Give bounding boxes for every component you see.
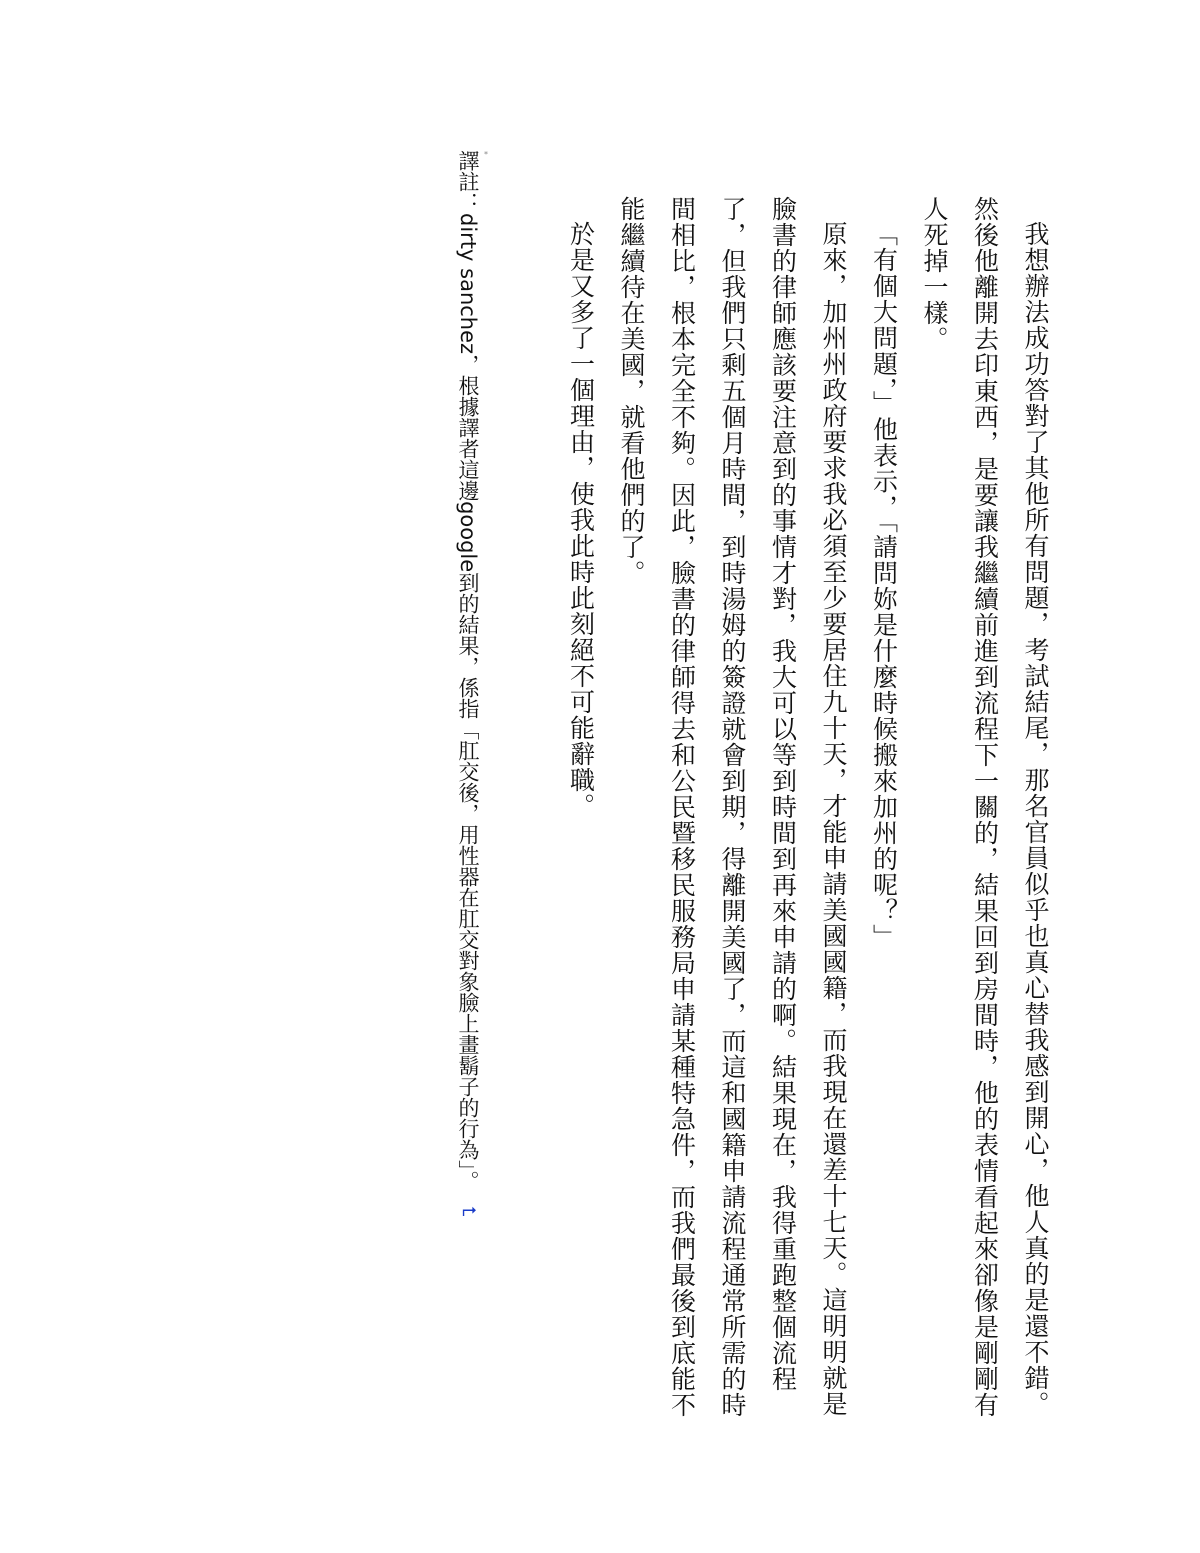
paragraph: 「有個大問題，」他表示，「請問妳是什麼時候搬來加州的呢？」: [858, 196, 909, 1426]
document-body: 我想辦法成功答對了其他所有問題，考試結尾，那名官員似乎也真心替我感到開心，他人真…: [555, 196, 1060, 1426]
paragraph: 我想辦法成功答對了其他所有問題，考試結尾，那名官員似乎也真心替我感到開心，他人真…: [909, 196, 1061, 1426]
paragraph: 原來，加州州政府要求我必須至少要居住九十天，才能申請美國國籍，而我現在還差十七天…: [606, 196, 859, 1426]
footnote: 譯註：dirty sanchez，根據譯者這邊google到的結果，係指「肛交後…: [448, 150, 488, 1380]
return-arrow-icon[interactable]: ⮤: [448, 1206, 488, 1217]
footnote-text: ，根據譯者這邊google到的結果，係指「肛交後，用性器在肛交對象臉上畫鬍子的行…: [456, 354, 480, 1192]
paragraph: 於是又多了一個理由，使我此時此刻絕不可能辭職。: [555, 196, 606, 1426]
footnote-label: 譯註：: [456, 150, 480, 213]
footnote-term: dirty sanchez: [456, 213, 480, 354]
